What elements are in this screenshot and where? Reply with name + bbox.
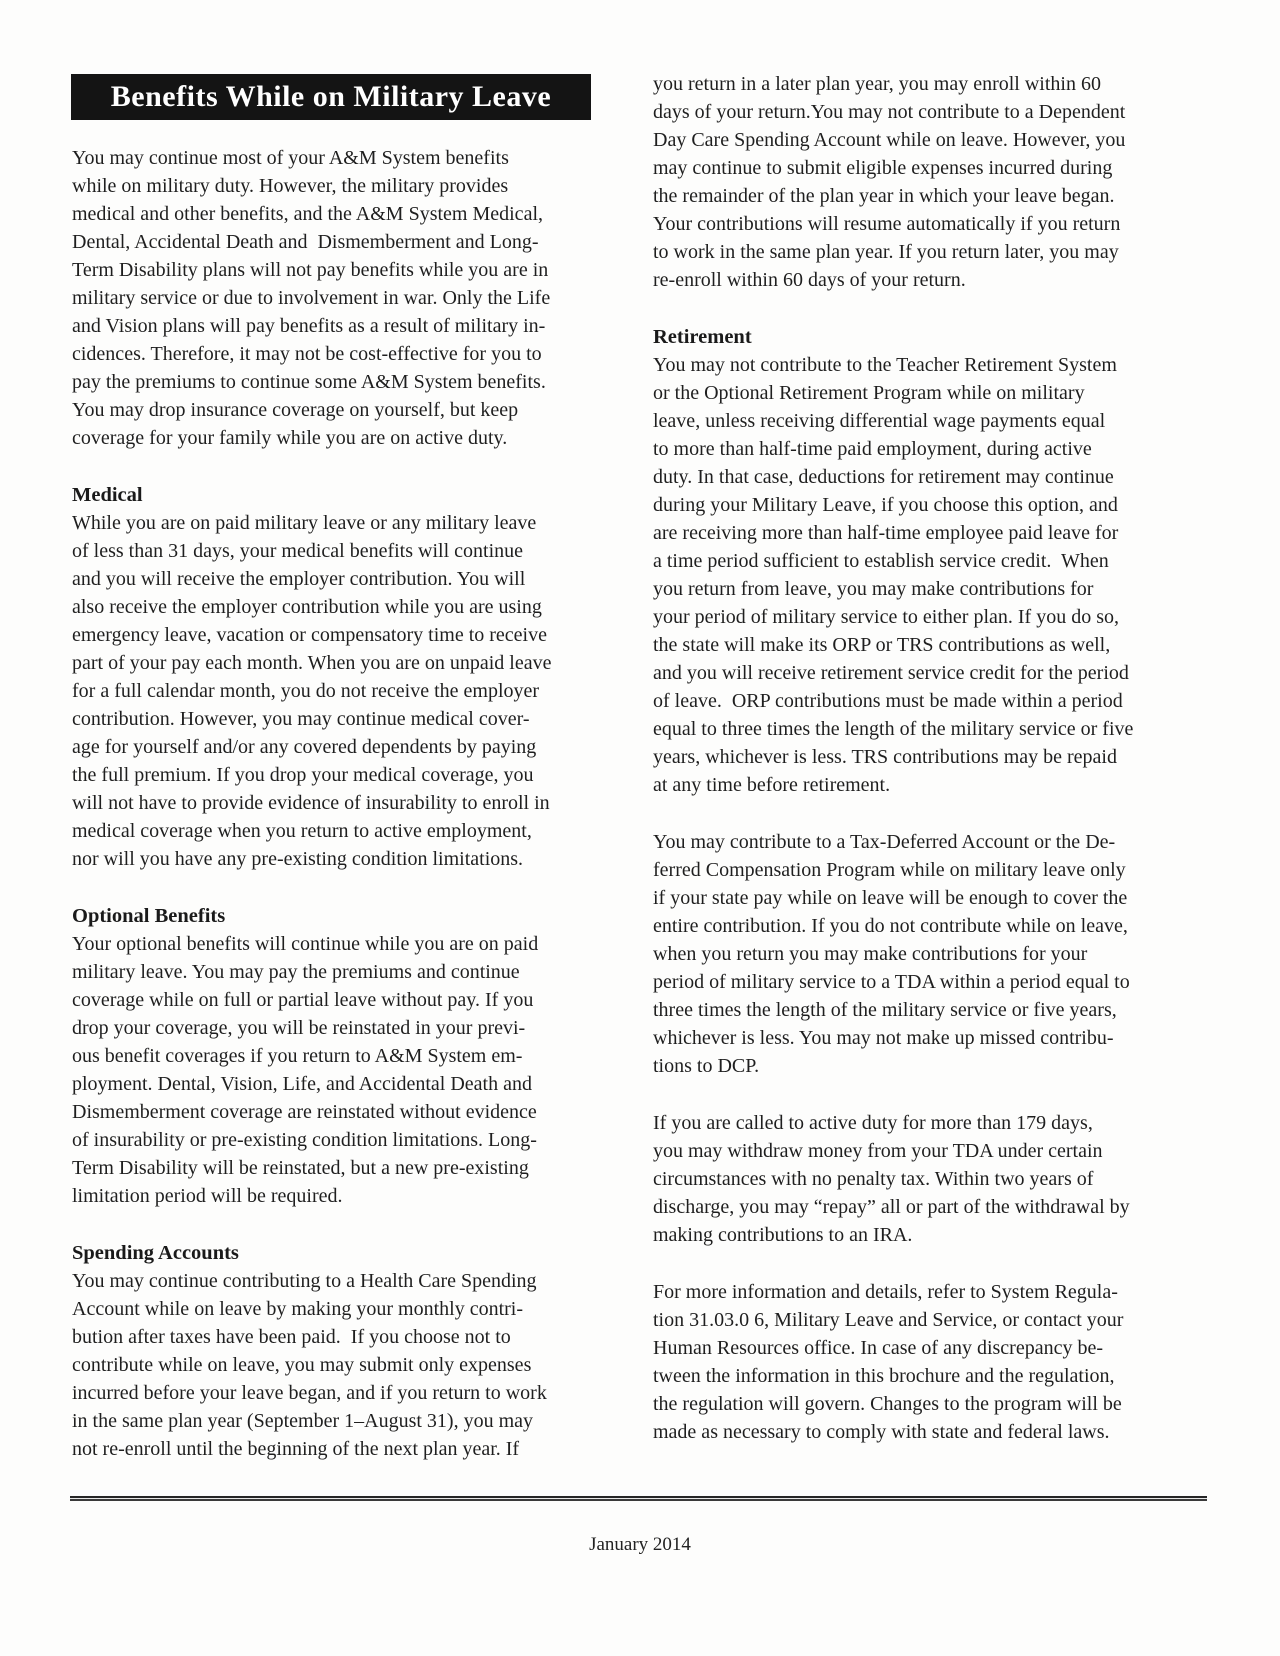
spending-accounts-continued-paragraph: you return in a later plan year, you may…	[653, 70, 1218, 294]
spending-accounts-paragraph: You may continue contributing to a Healt…	[72, 1267, 637, 1463]
retirement-section: Retirement You may not contribute to the…	[653, 323, 1218, 799]
optional-benefits-section: Optional Benefits Your optional benefits…	[72, 902, 637, 1210]
optional-benefits-paragraph: Your optional benefits will continue whi…	[72, 930, 637, 1210]
tax-deferred-paragraph: You may contribute to a Tax-Deferred Acc…	[653, 828, 1218, 1080]
spending-accounts-heading: Spending Accounts	[72, 1239, 637, 1267]
medical-section: Medical While you are on paid military l…	[72, 481, 637, 873]
intro-section: You may continue most of your A&M System…	[72, 144, 637, 452]
spending-accounts-continued-section: you return in a later plan year, you may…	[653, 70, 1218, 294]
document-page: Benefits While on Military Leave You may…	[0, 0, 1280, 1656]
footer-divider	[70, 1496, 1207, 1501]
more-information-section: For more information and details, refer …	[653, 1278, 1218, 1446]
active-duty-withdrawal-paragraph: If you are called to active duty for mor…	[653, 1109, 1218, 1249]
footer-date: January 2014	[0, 1532, 1280, 1558]
medical-paragraph: While you are on paid military leave or …	[72, 509, 637, 873]
tax-deferred-section: You may contribute to a Tax-Deferred Acc…	[653, 828, 1218, 1080]
active-duty-withdrawal-section: If you are called to active duty for mor…	[653, 1109, 1218, 1249]
medical-heading: Medical	[72, 481, 637, 509]
right-column: you return in a later plan year, you may…	[653, 70, 1218, 1475]
spending-accounts-section: Spending Accounts You may continue contr…	[72, 1239, 637, 1463]
optional-benefits-heading: Optional Benefits	[72, 902, 637, 930]
intro-paragraph: You may continue most of your A&M System…	[72, 144, 637, 452]
page-title: Benefits While on Military Leave	[72, 75, 590, 119]
retirement-heading: Retirement	[653, 323, 1218, 351]
left-column: You may continue most of your A&M System…	[72, 144, 637, 1492]
more-information-paragraph: For more information and details, refer …	[653, 1278, 1218, 1446]
retirement-paragraph: You may not contribute to the Teacher Re…	[653, 351, 1218, 799]
